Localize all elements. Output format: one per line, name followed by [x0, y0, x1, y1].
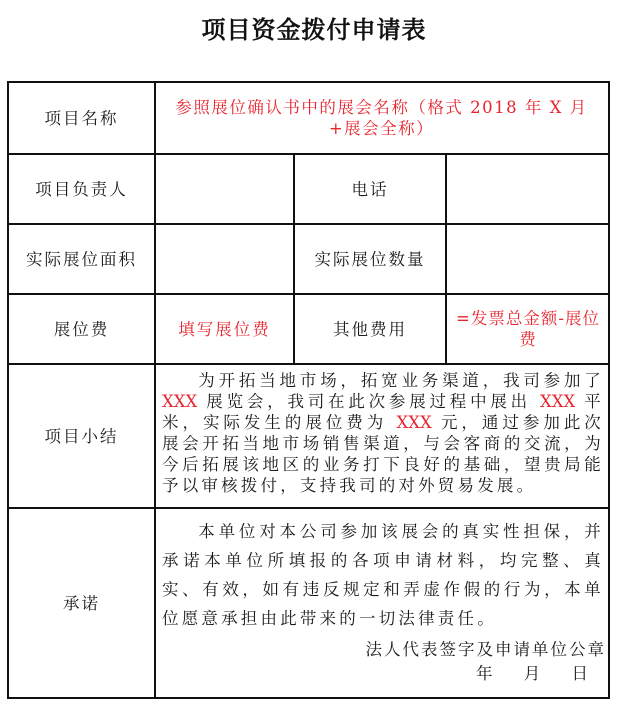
- booth-fee-label: 展位费: [9, 295, 154, 363]
- date-month: 月: [524, 663, 543, 685]
- project-lead-label: 项目负责人: [9, 155, 154, 223]
- project-name-field[interactable]: 参照展位确认书中的展会名称（格式 2018 年 X 月+展会全称）: [159, 83, 604, 153]
- summary-text-field[interactable]: 为开拓当地市场，拓宽业务渠道，我司参加了XXX 展览会，我司在此次参展过程中展出…: [162, 370, 604, 496]
- booth-area-label: 实际展位面积: [9, 225, 154, 293]
- booth-fee-field[interactable]: 填写展位费: [156, 295, 293, 363]
- application-form-table: 项目名称 参照展位确认书中的展会名称（格式 2018 年 X 月+展会全称） 项…: [7, 81, 610, 699]
- summary-segment: 展览会，我司在此次参展过程中展出: [197, 392, 540, 411]
- date-year: 年: [476, 663, 495, 685]
- booth-count-field[interactable]: [447, 225, 608, 293]
- date-day: 日: [572, 663, 591, 685]
- summary-placeholder-fee: XXX: [396, 413, 431, 432]
- commitment-text: 本单位对本公司参加该展会的真实性担保，并承诺本单位所填报的各项申请材料，均完整、…: [162, 517, 604, 633]
- summary-segment: 为开拓当地市场，拓宽业务渠道，我司参加了: [198, 371, 604, 390]
- summary-placeholder-area: XXX: [540, 392, 575, 411]
- signature-date: 年 月 日: [476, 663, 590, 685]
- summary-label: 项目小结: [9, 365, 154, 507]
- phone-field[interactable]: [447, 155, 608, 223]
- summary-placeholder-exhibition: XXX: [162, 392, 197, 411]
- other-fees-label: 其他费用: [295, 295, 445, 363]
- booth-count-label: 实际展位数量: [295, 225, 445, 293]
- signature-label: 法人代表签字及申请单位公章: [366, 639, 607, 661]
- project-name-label: 项目名称: [9, 83, 154, 153]
- other-fees-field[interactable]: =发票总金额-展位费: [453, 295, 603, 363]
- commitment-label: 承诺: [9, 509, 154, 697]
- phone-label: 电话: [295, 155, 445, 223]
- form-title: 项目资金拨付申请表: [0, 10, 628, 45]
- project-lead-field[interactable]: [156, 155, 293, 223]
- booth-area-field[interactable]: [156, 225, 293, 293]
